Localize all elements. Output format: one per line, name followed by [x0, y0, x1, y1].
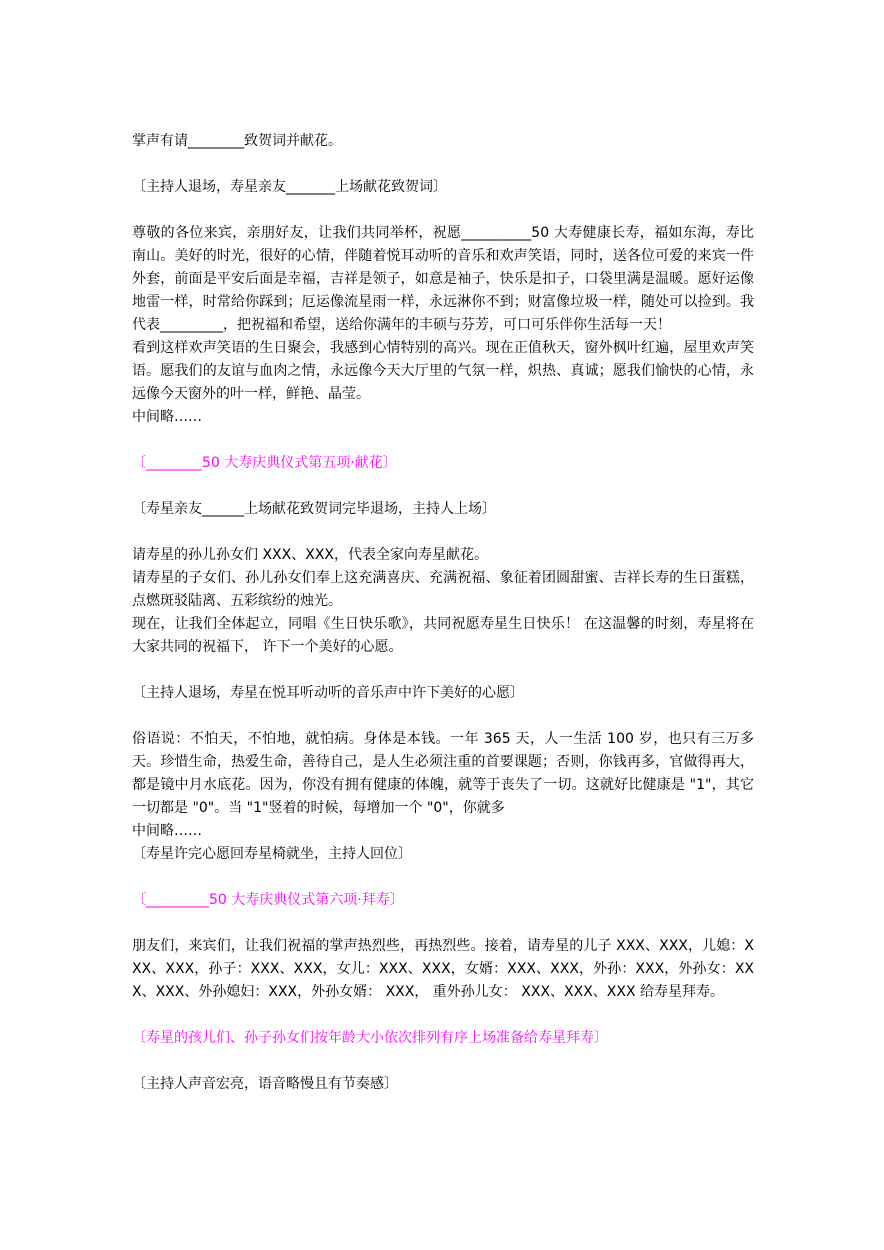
stage-direction-wish: 〔主持人退场，寿星在悦耳听动听的音乐声中许下美好的心愿〕	[132, 682, 754, 705]
health-proverb-paragraph: 俗语说：不怕天，不怕地，就怕病。身体是本钱。一年 365 天，人一生活 100 …	[132, 728, 754, 820]
ceremony-item6-heading: 〔_________50 大寿庆典仪式第六项·拜寿〕	[132, 889, 754, 912]
ceremony-item5-heading: 〔________50 大寿庆典仪式第五项·献花〕	[132, 452, 754, 475]
omitted-middle-note-1: 中间略……	[132, 406, 754, 429]
applause-invite-line: 掌声有请________致贺词并献花。	[132, 130, 754, 153]
stage-direction-children-lineup: 〔寿星的孩儿们、孙子孙女们按年龄大小依次排列有序上场准备给寿星拜寿〕	[132, 1027, 754, 1050]
grandchildren-flowers-line: 请寿星的孙儿孙女们 XXX、XXX，代表全家向寿星献花。	[132, 544, 754, 567]
bow-ceremony-paragraph: 朋友们，来宾们，让我们祝福的掌声热烈些，再热烈些。接着，请寿星的儿子 XXX、X…	[132, 935, 754, 1004]
stage-direction-return-seat: 〔寿星许完心愿回寿星椅就坐，主持人回位〕	[132, 843, 754, 866]
document-page: 掌声有请________致贺词并献花。 〔主持人退场，寿星亲友_______上场…	[0, 0, 884, 1250]
stage-direction-host-voice: 〔主持人声音宏亮，语音略慢且有节奏感〕	[132, 1073, 754, 1096]
stage-direction-host-exit: 〔主持人退场，寿星亲友_______上场献花致贺词〕	[132, 176, 754, 199]
omitted-middle-note-2: 中间略……	[132, 820, 754, 843]
birthday-song-paragraph: 现在，让我们全体起立，同唱《生日快乐歌》，共同祝愿寿星生日快乐！ 在这温馨的时刻…	[132, 613, 754, 659]
autumn-sentiment-paragraph: 看到这样欢声笑语的生日聚会，我感到心情特别的高兴。现在正值秋天，窗外枫叶红遍，屋…	[132, 337, 754, 406]
birthday-cake-paragraph: 请寿星的子女们、孙儿孙女们奉上这充满喜庆、充满祝福、象征着团圆甜蜜、吉祥长寿的生…	[132, 567, 754, 613]
stage-direction-family-flowers: 〔寿星亲友______上场献花致贺词完毕退场，主持人上场〕	[132, 498, 754, 521]
toast-speech-paragraph: 尊敬的各位来宾，亲朋好友，让我们共同举杯，祝愿__________50 大寿健康…	[132, 222, 754, 337]
